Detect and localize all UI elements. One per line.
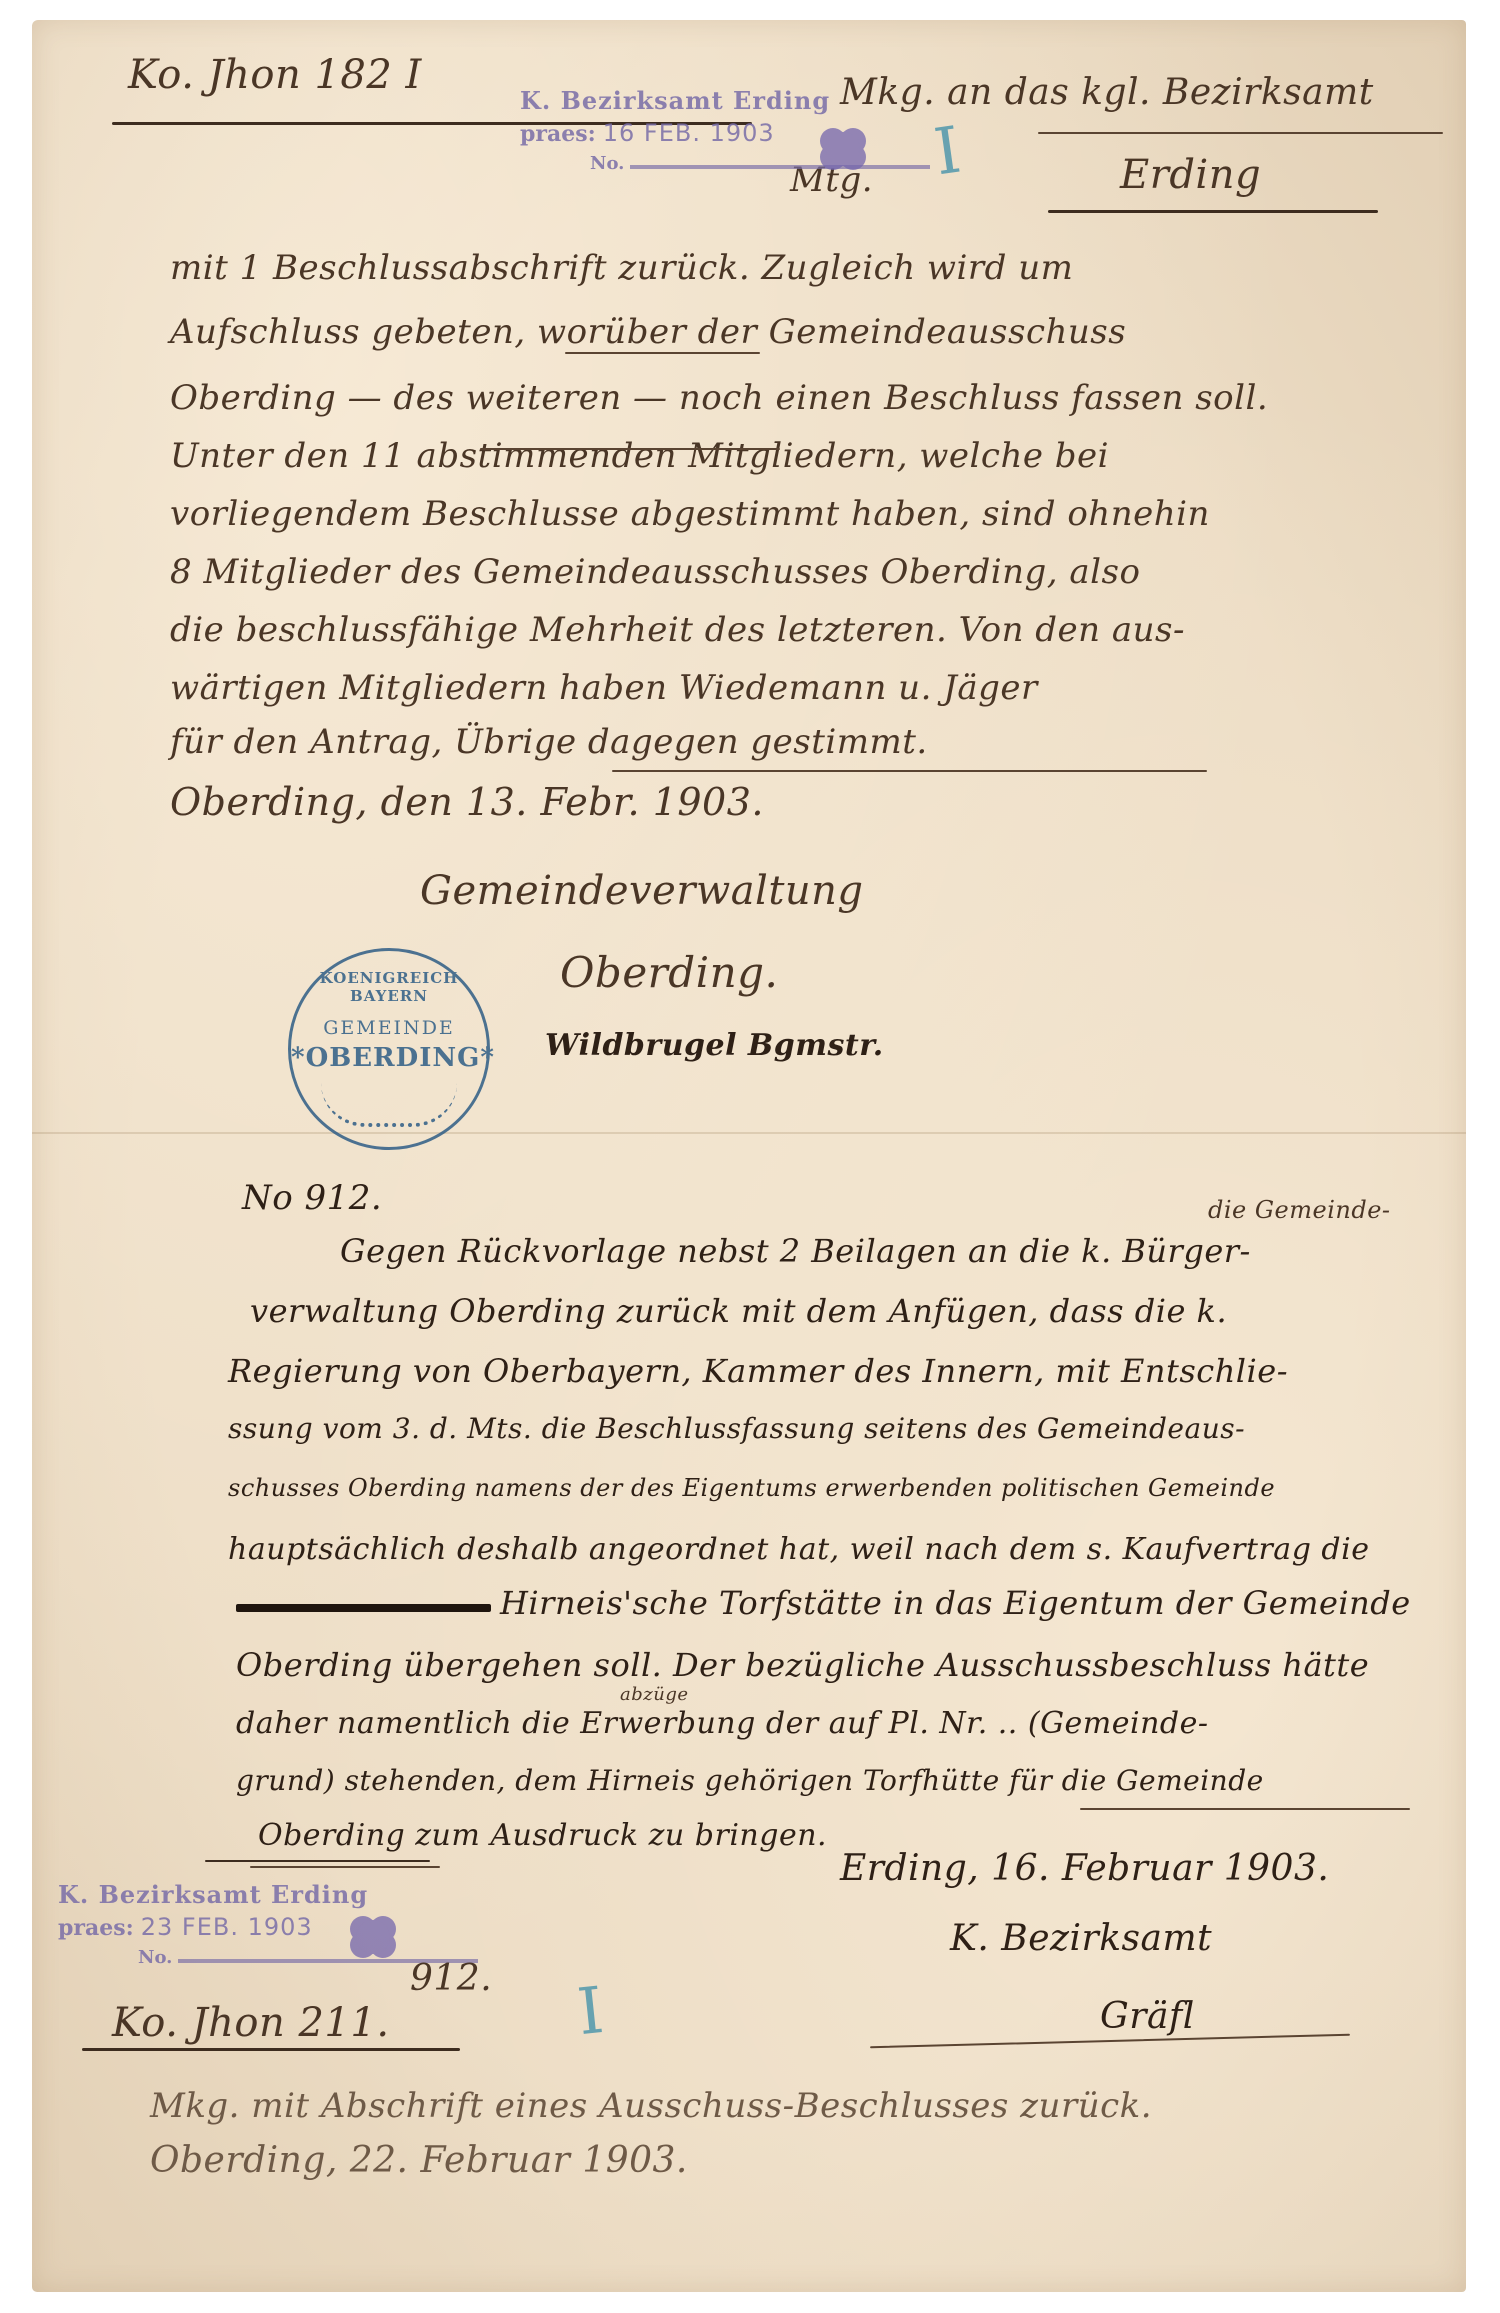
letter2-line-7: Hirneis'sche Torfstätte in das Eigentum … <box>500 1584 1411 1622</box>
letter1-line-7: die beschlussfähige Mehrheit des letzter… <box>170 610 1185 650</box>
district-officer-signature: Gräfl <box>1100 1996 1195 2037</box>
signature-block-line2: Oberding. <box>560 948 778 997</box>
stamp-office: K. Bezirksamt Erding <box>520 86 830 115</box>
addressee-line2: Erding <box>1120 152 1261 198</box>
signature-block-line1: Gemeindeverwaltung <box>420 868 864 914</box>
stamp-top-rule <box>205 1860 430 1862</box>
stamp-no-label: No. <box>590 153 830 174</box>
stamp-flower-icon <box>356 1920 390 1954</box>
letter1-line-8: wärtigen Mitgliedern haben Wiedemann u. … <box>170 668 1038 708</box>
letter2-line-3: Regierung von Oberbayern, Kammer des Inn… <box>228 1352 1288 1390</box>
seal-oberding: *OBERDING* <box>291 1043 487 1073</box>
seal-wreath-icon <box>321 1083 457 1127</box>
stamp-flower-icon <box>826 132 860 166</box>
letter2-line-2: verwaltung Oberding zurück mit dem Anfüg… <box>250 1292 1227 1330</box>
stamp-no-label: No. <box>138 1947 368 1968</box>
underline-ubrige <box>612 770 1207 772</box>
letter2-number: No 912. <box>242 1178 382 1218</box>
letter1-date-line: Oberding, den 13. Febr. 1903. <box>170 780 764 824</box>
addressee-rule <box>1038 132 1443 134</box>
stamp-date: 23 FEB. 1903 <box>141 1913 313 1941</box>
seal-ring-text: KOENIGREICH BAYERN <box>291 969 487 1005</box>
addressee-line1: Mkg. an das kgl. Bezirksamt <box>840 72 1374 113</box>
footer-rule <box>82 2048 460 2051</box>
letter1-line-1: mit 1 Beschlussabschrift zurück. Zugleic… <box>170 248 1073 288</box>
underline-oberding <box>250 1866 440 1868</box>
letter1-line-3: Oberding — des weiteren — noch einen Bes… <box>170 378 1268 418</box>
reference-number-top: Ko. Jhon 182 I <box>128 52 422 98</box>
footer-reference: Ko. Jhon 211. <box>112 2000 390 2046</box>
letter2-line-5: schusses Oberding namens der des Eigentu… <box>228 1474 1275 1502</box>
underline-woruber <box>565 352 760 354</box>
strikethrough-abstimmenden <box>480 448 780 450</box>
received-stamp-top: K. Bezirksamt Erding praes: 16 FEB. 1903… <box>520 86 830 174</box>
letter2-line-10: grund) stehenden, dem Hirneis gehörigen … <box>236 1764 1264 1797</box>
footer-number-note: 912. <box>410 1958 492 1999</box>
letter2-line-9: daher namentlich die Erwerbung der auf P… <box>236 1706 1209 1741</box>
letter2-line-4: ssung vom 3. d. Mts. die Beschlussfassun… <box>228 1412 1245 1445</box>
letter2-line-6: hauptsächlich deshalb angeordnet hat, we… <box>228 1532 1369 1567</box>
letter2-line-1: Gegen Rückvorlage nebst 2 Beilagen an di… <box>340 1232 1251 1270</box>
stamp-office: K. Bezirksamt Erding <box>58 1880 368 1909</box>
letter2-office-line: K. Bezirksamt <box>950 1918 1212 1959</box>
letter1-line-6: 8 Mitglieder des Gemeindeausschusses Obe… <box>170 552 1140 592</box>
fold-line <box>32 1132 1466 1134</box>
municipal-seal: KOENIGREICH BAYERN GEMEINDE *OBERDING* <box>288 948 490 1150</box>
letter2-date-line: Erding, 16. Februar 1903. <box>840 1848 1329 1889</box>
letter1-line-4: Unter den 11 abstimmenden Mitgliedern, w… <box>170 436 1109 476</box>
letter2-insertion: die Gemeinde- <box>1208 1196 1391 1224</box>
letter2-line-8: Oberding übergehen soll. Der bezügliche … <box>236 1646 1369 1684</box>
footer-line-1: Mkg. mit Abschrift eines Ausschuss-Besch… <box>150 2086 1152 2126</box>
mayor-signature: Wildbrugel Bgmstr. <box>545 1028 884 1063</box>
stamp-date: 16 FEB. 1903 <box>603 119 775 147</box>
heavy-strikethrough <box>236 1604 491 1612</box>
underline-gemeinde <box>1080 1808 1410 1810</box>
letter2-interlinear-note: abzüge <box>620 1684 689 1705</box>
footer-line-2: Oberding, 22. Februar 1903. <box>150 2140 688 2181</box>
stamp-praes-label: praes: <box>520 121 596 147</box>
letter1-line-5: vorliegendem Beschlusse abgestimmt haben… <box>170 494 1210 534</box>
stamp-praes-label: praes: <box>58 1915 134 1941</box>
addressee-rule-2 <box>1048 210 1378 213</box>
letter1-line-2: Aufschluss gebeten, worüber der Gemeinde… <box>170 312 1126 352</box>
received-stamp-bottom: K. Bezirksamt Erding praes: 23 FEB. 1903… <box>58 1880 368 1968</box>
seal-gemeinde: GEMEINDE <box>291 1017 487 1039</box>
letter1-line-9: für den Antrag, Übrige dagegen gestimmt. <box>170 722 928 762</box>
letter2-line-11: Oberding zum Ausdruck zu bringen. <box>258 1818 827 1853</box>
